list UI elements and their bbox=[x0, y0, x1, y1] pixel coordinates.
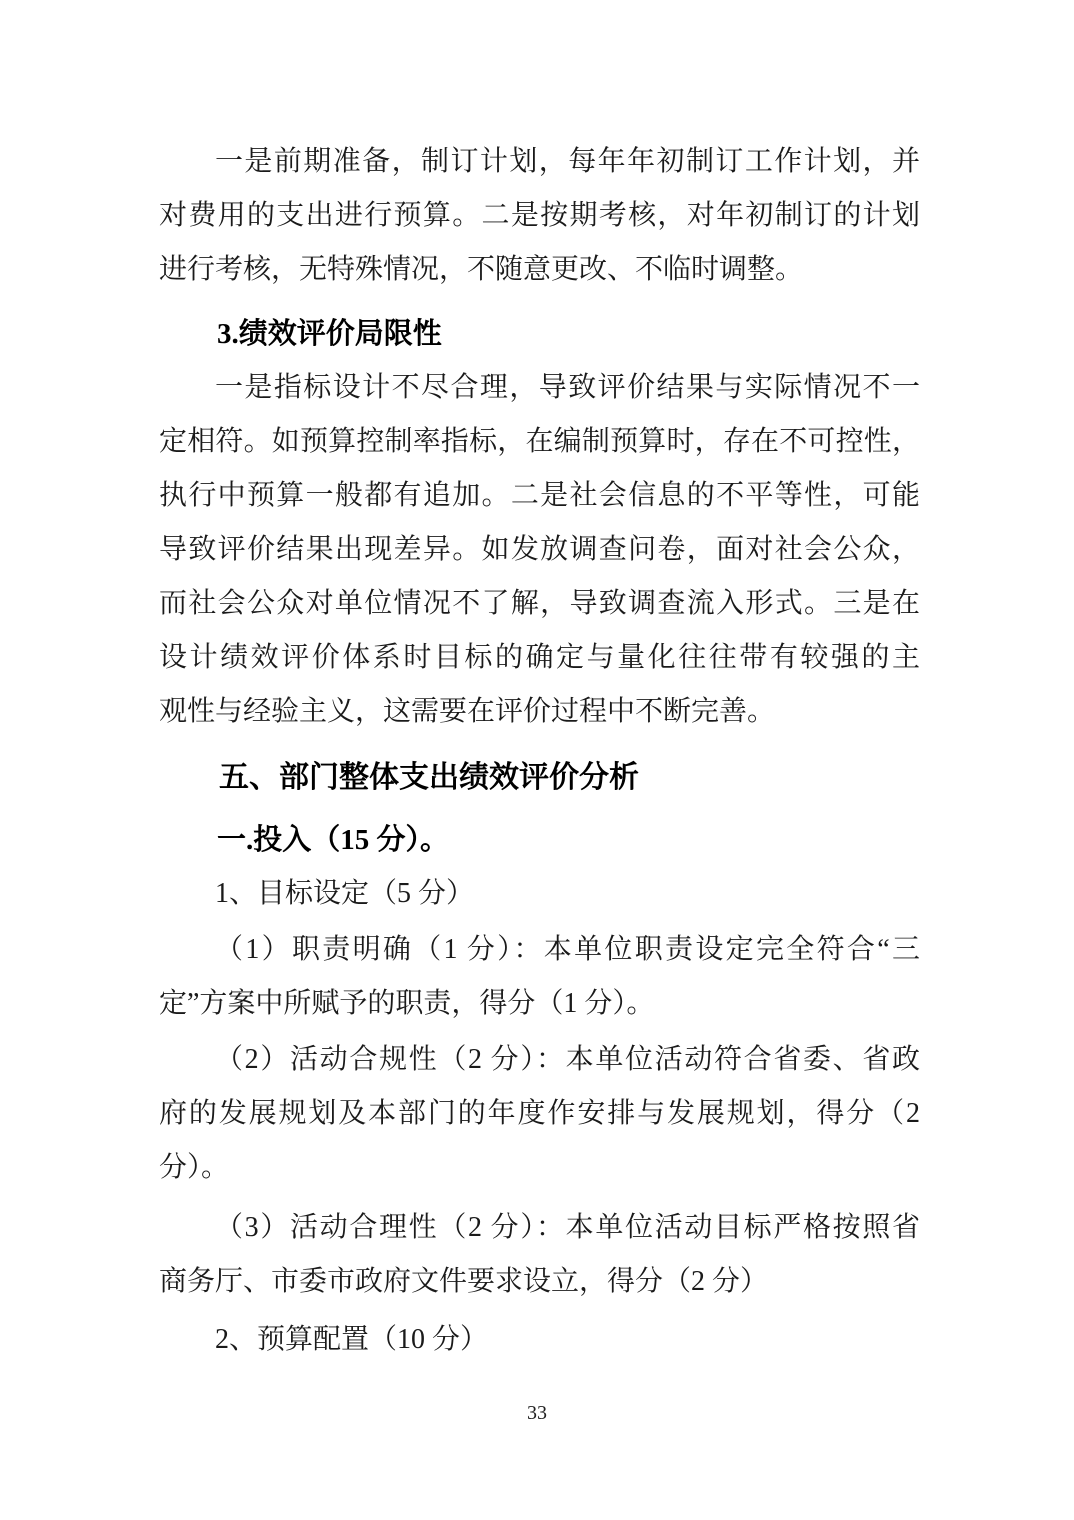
text-line: 导致评价结果出现差异。如发放调查问卷，面对社会公众， bbox=[159, 523, 920, 577]
document-page: 一是前期准备，制订计划，每年年初制订工作计划，并对费用的支出进行预算。二是按期考… bbox=[0, 0, 1074, 1520]
text-line: 而社会公众对单位情况不了解，导致调查流入形式。三是在 bbox=[159, 577, 920, 631]
heading-line: 一.投入（15 分）。 bbox=[159, 813, 920, 867]
text-line: （3）活动合理性（2 分）：本单位活动目标严格按照省 bbox=[159, 1201, 920, 1255]
text-line: （2）活动合规性（2 分）：本单位活动符合省委、省政 bbox=[159, 1033, 920, 1087]
text-line: 执行中预算一般都有追加。二是社会信息的不平等性，可能 bbox=[159, 469, 920, 523]
text-line: 一是前期准备，制订计划，每年年初制订工作计划，并 bbox=[159, 135, 920, 189]
text-line: 2、预算配置（10 分） bbox=[159, 1313, 920, 1367]
text-line: 府的发展规划及本部门的年度作安排与发展规划，得分（2 bbox=[159, 1087, 920, 1141]
text-line: 一是指标设计不尽合理，导致评价结果与实际情况不一 bbox=[159, 361, 920, 415]
heading-line: 3.绩效评价局限性 bbox=[159, 307, 920, 361]
heading-line: 五、部门整体支出绩效评价分析 bbox=[159, 751, 920, 805]
page-number: 33 bbox=[0, 1398, 1074, 1428]
text-line: 1、目标设定（5 分） bbox=[159, 867, 920, 921]
text-line: 分）。 bbox=[159, 1141, 920, 1195]
text-line: 定相符。如预算控制率指标，在编制预算时，存在不可控性， bbox=[159, 415, 920, 469]
text-line: 设计绩效评价体系时目标的确定与量化往往带有较强的主 bbox=[159, 631, 920, 685]
text-line: 观性与经验主义，这需要在评价过程中不断完善。 bbox=[159, 685, 920, 739]
text-line: 定”方案中所赋予的职责，得分（1 分）。 bbox=[159, 977, 920, 1031]
text-line: （1）职责明确（1 分）：本单位职责设定完全符合“三 bbox=[159, 923, 920, 977]
document-lines: 一是前期准备，制订计划，每年年初制订工作计划，并对费用的支出进行预算。二是按期考… bbox=[159, 135, 920, 1367]
text-line: 进行考核，无特殊情况，不随意更改、不临时调整。 bbox=[159, 243, 920, 297]
text-line: 商务厅、市委市政府文件要求设立，得分（2 分） bbox=[159, 1255, 920, 1309]
text-line: 对费用的支出进行预算。二是按期考核，对年初制订的计划 bbox=[159, 189, 920, 243]
